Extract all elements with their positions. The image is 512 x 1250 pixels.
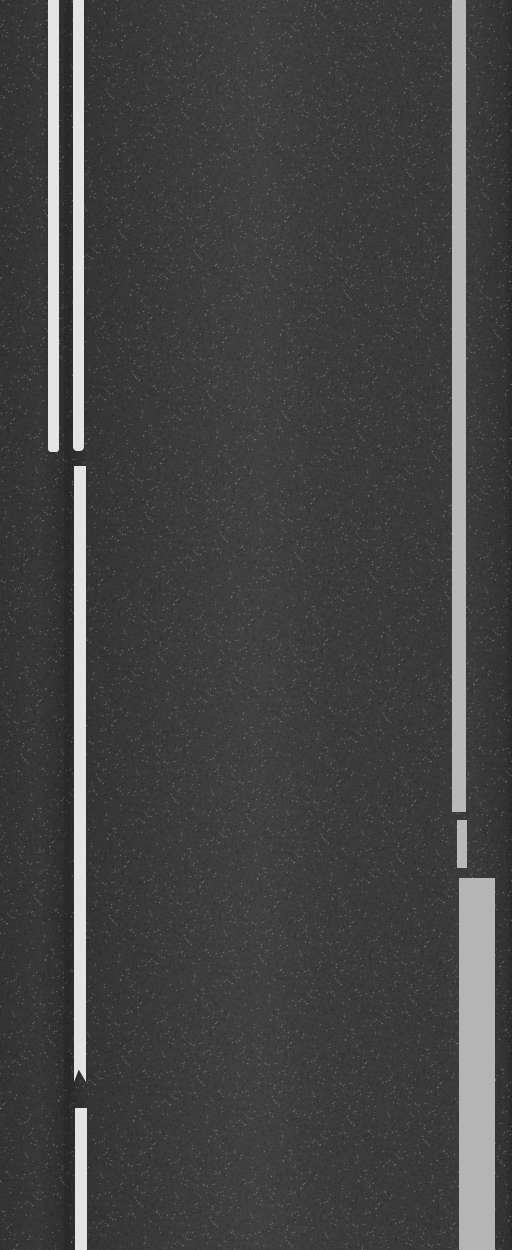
right-edge-line-segment-2 xyxy=(457,820,467,868)
road-surface xyxy=(0,0,512,1250)
left-inner-line-segment-1 xyxy=(73,0,84,451)
right-edge-line xyxy=(452,0,466,812)
left-outer-line xyxy=(48,0,59,452)
center-crack xyxy=(64,0,70,1250)
left-inner-line-segment-3 xyxy=(75,1108,87,1250)
left-inner-line-segment-2 xyxy=(74,466,86,1082)
right-wide-block xyxy=(459,878,495,1250)
